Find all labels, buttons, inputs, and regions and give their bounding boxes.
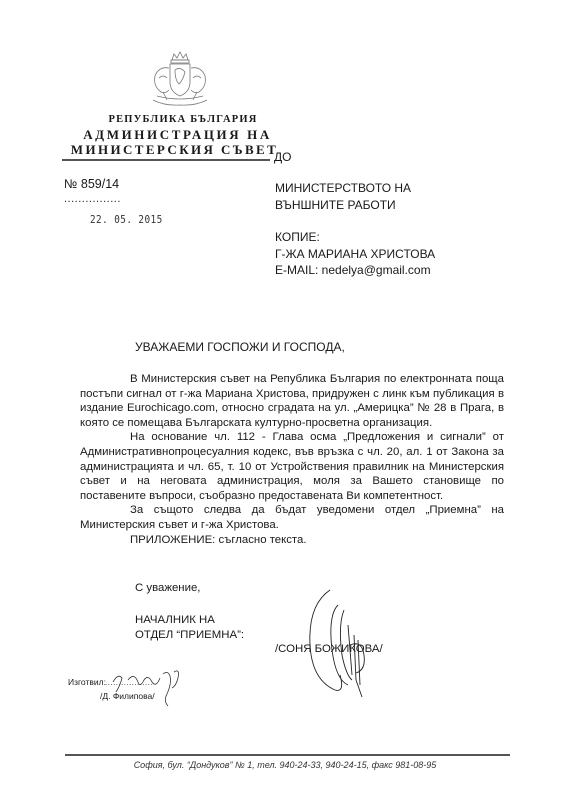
letterhead-council: МИНИСТЕРСКИЯ СЪВЕТ [62, 142, 287, 158]
salutation: УВАЖАЕМИ ГОСПОЖИ И ГОСПОДА, [135, 340, 345, 354]
letter-body: В Министерския съвет на Република Българ… [80, 372, 504, 547]
recipient-line-2: ВЪНШНИТЕ РАБОТИ [275, 197, 411, 214]
letterhead-divider [62, 159, 270, 161]
registration-number: № 859/14 [64, 177, 119, 191]
body-paragraph: На основание чл. 112 - Глава осма „Предл… [80, 430, 504, 503]
closing-regards: С уважение, [135, 582, 200, 594]
coat-of-arms-icon [145, 50, 215, 112]
body-paragraph: ПРИЛОЖЕНИЕ: съгласно текста. [80, 533, 504, 548]
body-paragraph: За същото следва да бъдат уведомени отде… [80, 503, 504, 532]
letterhead-administration: АДМИНИСТРАЦИЯ НА [70, 127, 285, 143]
prepared-by-dots: .................. [105, 677, 153, 687]
signature-icon [300, 585, 395, 700]
recipient-line-1: МИНИСТЕРСТВОТО НА [275, 180, 411, 197]
copies-email: E-MAIL: nedelya@gmail.com [275, 262, 435, 279]
registration-dots: ................ [64, 193, 121, 205]
date-stamp: 22. 05. 2015 [90, 213, 163, 226]
signatory-title-line-2: ОТДЕЛ “ПРИЕМНА”: [135, 628, 244, 643]
prepared-by-label: Изготвил: [68, 677, 106, 687]
copies-block: КОПИЕ: Г-ЖА МАРИАНА ХРИСТОВА E-MAIL: ned… [275, 229, 435, 279]
footer-divider [65, 754, 510, 756]
signatory-title-line-1: НАЧАЛНИК НА [135, 613, 244, 628]
recipient-address: МИНИСТЕРСТВОТО НА ВЪНШНИТЕ РАБОТИ [275, 180, 411, 213]
initials-signature-icon [108, 668, 188, 708]
prepared-by-name: /Д. Филипова/ [100, 691, 155, 701]
copies-name: Г-ЖА МАРИАНА ХРИСТОВА [275, 246, 435, 263]
letterhead-country: РЕПУБЛИКА БЪЛГАРИЯ [88, 114, 278, 125]
footer-address: София, бул. “Дондуков” № 1, тел. 940-24-… [60, 760, 510, 770]
copies-label: КОПИЕ: [275, 229, 435, 246]
signatory-title: НАЧАЛНИК НА ОТДЕЛ “ПРИЕМНА”: [135, 613, 244, 642]
body-paragraph: В Министерския съвет на Република Българ… [80, 372, 504, 430]
recipient-to-label: ДО [274, 150, 291, 164]
